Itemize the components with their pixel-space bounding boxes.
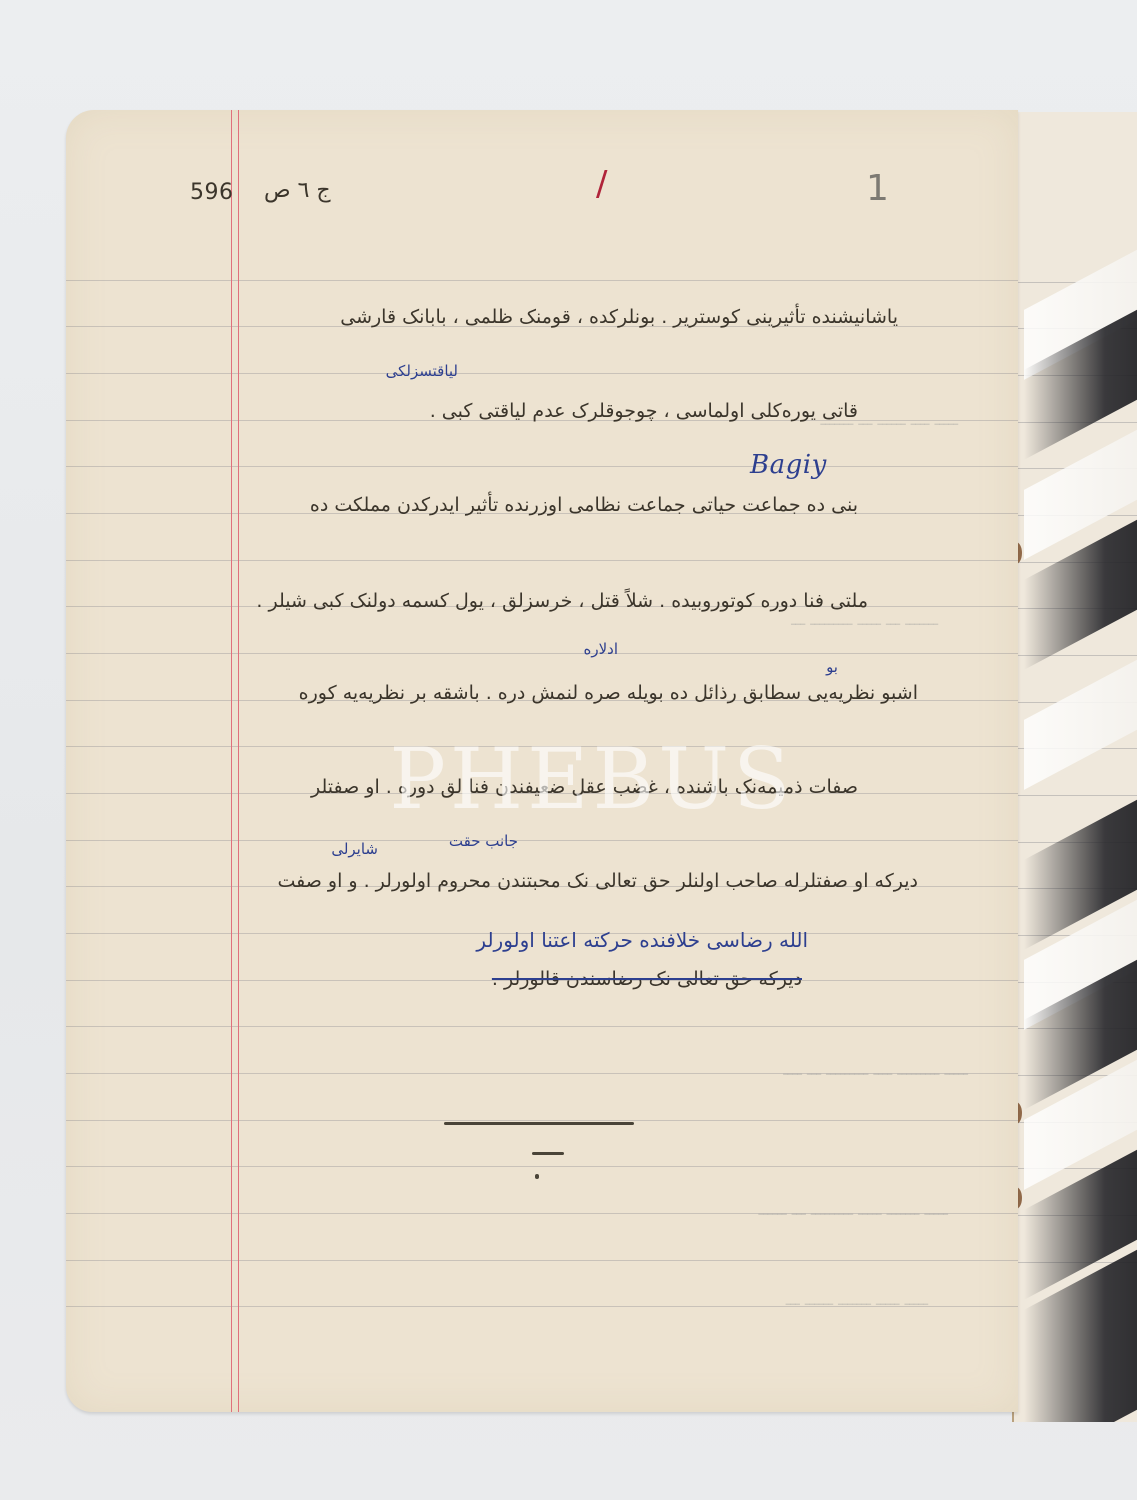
struck-line: دیرکه حق تعالی نک رضاسندن قالورلر .: [492, 968, 802, 990]
end-rule: [444, 1122, 634, 1125]
manuscript-line-7: دیرکه او صفتلرله صاحب اولنلر حق تعالی نک…: [277, 870, 918, 892]
blue-annotation: لیاقتسزلکی: [386, 362, 458, 380]
notebook-page: ـــــ ــــ ــــــ ـــ ـــــــ ـــــــ ــ…: [66, 110, 1018, 1412]
blue-annotation: جانب حقت: [449, 832, 518, 850]
reference-number: 596: [190, 180, 234, 205]
manuscript-line-4: ملتی فنا دوره کوتوروبیده . شلاً قتل ، خر…: [256, 590, 868, 612]
bleed-through-text: ـــــ ـــــــــ ــــ ـــــــــ ـــ ــــ: [783, 1060, 968, 1079]
blue-annotation: ادلاره: [583, 640, 618, 658]
blue-inserted-line: الله رضاسی خلافنده حرکته اعتنا اولورلر: [476, 928, 808, 952]
end-dot: [535, 1174, 539, 1179]
bleed-through-text: ـــــ ـــــ ـــــــ ــــــ ـــ: [786, 1290, 928, 1309]
blue-annotation-latin: Bagiy: [750, 450, 827, 480]
bleed-through-text: ـــــــ ـــ ـــــ ـــــــــ ـــ: [791, 610, 938, 629]
end-dash: [532, 1152, 564, 1155]
manuscript-line-1: یاشانیشنده تأثیرینی کوستریر . بونلرکده ،…: [340, 306, 898, 328]
reference-volume: ج ٦ ص: [264, 178, 331, 203]
manuscript-line-3: بنی ده جماعت حیاتی جماعت نظامی اوزرنده ت…: [310, 494, 858, 516]
red-tick-mark: /: [596, 164, 608, 204]
manuscript-line-5: اشبو نظریه‌یی سطابق رذائل ده بویله صره ل…: [299, 682, 918, 704]
margin-line: [231, 110, 232, 1412]
bleed-through-text: ـــــ ـــــــ ـــــ ـــــــــ ـــ ــــــ: [759, 1200, 949, 1219]
blue-annotation: شایرلی: [331, 840, 378, 858]
blue-annotation: بو: [826, 658, 838, 676]
pencil-page-number: 1: [866, 168, 889, 209]
watermark: PHEBUS: [382, 730, 802, 828]
notebook-binding: [1012, 112, 1137, 1422]
margin-line: [238, 110, 239, 1412]
manuscript-line-2: قاتی یوره‌کلی اولماسی ، چوجوقلرک عدم لیا…: [430, 400, 858, 422]
